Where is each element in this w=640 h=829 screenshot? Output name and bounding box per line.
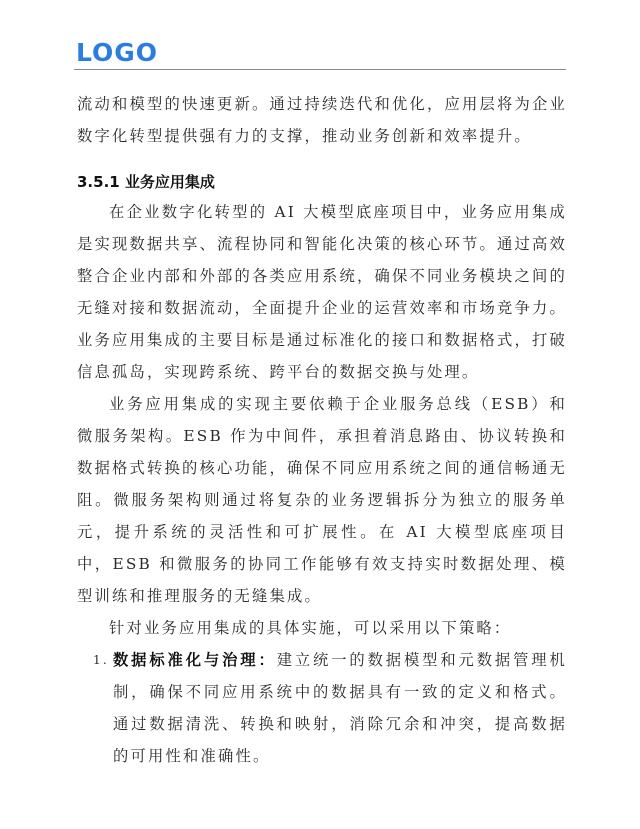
strategy-list: 1.数据标准化与治理：建立统一的数据模型和元数据管理机制，确保不同应用系统中的数… [77, 644, 567, 772]
document-body: 流动和模型的快速更新。通过持续迭代和优化，应用层将为企业数字化转型提供强有力的支… [77, 88, 567, 772]
header-divider [74, 69, 566, 70]
list-item: 1.数据标准化与治理：建立统一的数据模型和元数据管理机制，确保不同应用系统中的数… [77, 644, 567, 772]
intro-paragraph: 流动和模型的快速更新。通过持续迭代和优化，应用层将为企业数字化转型提供强有力的支… [77, 88, 567, 152]
paragraph-esb-microservices: 业务应用集成的实现主要依赖于企业服务总线（ESB）和微服务架构。ESB 作为中间… [77, 388, 567, 612]
logo: LOGO [76, 38, 158, 68]
section-heading: 3.5.1 业务应用集成 [77, 170, 567, 194]
paragraph-strategy-intro: 针对业务应用集成的具体实施，可以采用以下策略： [77, 612, 567, 644]
list-item-title: 数据标准化与治理： [113, 651, 277, 669]
list-item-number: 1. [93, 644, 109, 676]
paragraph-overview: 在企业数字化转型的 AI 大模型底座项目中，业务应用集成是实现数据共享、流程协同… [77, 196, 567, 388]
